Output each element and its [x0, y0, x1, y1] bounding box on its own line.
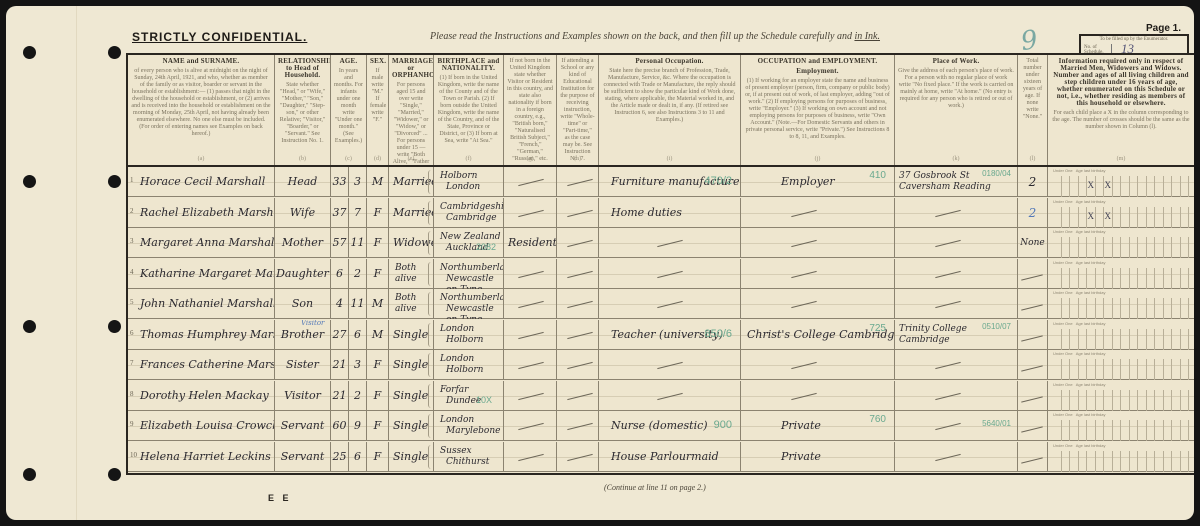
age-cell-under-one: [1053, 451, 1062, 472]
blank-dash: [1021, 335, 1043, 341]
age-cell-8: [1121, 298, 1130, 319]
blank-dash: [657, 362, 682, 369]
age-cell-13: [1164, 451, 1173, 472]
sex-value: M: [367, 167, 388, 197]
age-cell-7: [1113, 207, 1122, 228]
children-age-grid: Under One Age last birthday: [1053, 350, 1189, 380]
age-cell-8: [1121, 451, 1130, 472]
employment-value: Private: [741, 442, 894, 472]
relationship-annotation: Visitor: [301, 320, 324, 327]
fold-line: [76, 6, 77, 520]
cell-sex: F: [367, 381, 389, 411]
blank-dash: [567, 392, 592, 399]
age-cell-under-one: [1053, 359, 1062, 380]
age-cell-6: [1104, 451, 1113, 472]
age-cell-9: [1130, 268, 1139, 289]
blank-dash: [657, 240, 682, 247]
birthplace-value: ForfarDundee: [434, 381, 503, 407]
table-row: 6Thomas Humphrey MarshallBrotherVisitor2…: [128, 320, 1194, 350]
occupation-value: Home duties: [599, 198, 740, 228]
blank-dash: [791, 240, 816, 247]
cell-relationship: Servant: [275, 411, 331, 441]
age-cell-5: [1096, 237, 1105, 258]
age-cell-under-one: [1053, 420, 1062, 441]
cell-nationality: Resident: [504, 228, 557, 258]
blank-dash: [935, 301, 960, 308]
marriage-value: Both alive: [389, 259, 433, 285]
months-value: 11: [349, 228, 366, 258]
age-grid-labels: Under One Age last birthday: [1053, 260, 1106, 265]
cell-education: [557, 228, 599, 258]
years-value: 25: [331, 442, 348, 472]
age-cell-2: [1070, 298, 1079, 319]
age-grid-labels: Under One Age last birthday: [1053, 168, 1106, 173]
age-grid-labels: Under One Age last birthday: [1053, 321, 1106, 326]
sex-value: F: [367, 411, 388, 441]
blank-dash: [567, 270, 592, 277]
cell-nationality: [504, 259, 557, 289]
header-place-of-work: Place of Work.Give the address of each p…: [895, 55, 1018, 165]
age-cell-11: [1147, 329, 1156, 350]
birthplace-value: HolbornLondon: [434, 167, 503, 193]
age-cell-13: [1164, 420, 1173, 441]
age-cell-2: [1070, 207, 1079, 228]
relationship-value: Son: [275, 289, 330, 319]
occupation-code: 850/6: [704, 328, 732, 340]
age-cell-4: [1087, 268, 1096, 289]
age-cell-9: [1130, 451, 1139, 472]
header-employment: OCCUPATION and EMPLOYMENT. Employment.(1…: [741, 55, 895, 165]
punch-hole-icon: [108, 320, 121, 333]
cell-months: 2: [349, 381, 367, 411]
cell-children-total: [1018, 320, 1048, 350]
age-grid-labels: Under One Age last birthday: [1053, 229, 1106, 234]
age-cell-11: [1147, 359, 1156, 380]
line-number: 1: [130, 176, 134, 184]
blank-dash: [567, 362, 592, 369]
age-cell-10: [1138, 390, 1147, 411]
blank-dash: [935, 392, 960, 399]
age-cell-8: [1121, 390, 1130, 411]
relationship-value: Mother: [275, 228, 330, 258]
age-cell-6: [1104, 390, 1113, 411]
blank-dash: [657, 392, 682, 399]
age-cell-12: [1155, 420, 1164, 441]
cell-nationality: [504, 289, 557, 319]
age-cell-under-one: [1053, 298, 1062, 319]
age-cell-8: [1121, 329, 1130, 350]
age-cell-6: [1104, 329, 1113, 350]
age-cell-2: [1070, 451, 1079, 472]
age-cell-11: [1147, 451, 1156, 472]
cell-marriage: Single: [389, 350, 434, 380]
age-cell-1: [1062, 176, 1071, 197]
cell-birthplace: NorthumberlandNewcastle on Tyne: [434, 259, 504, 289]
punch-hole-icon: [23, 320, 36, 333]
cell-nationality: [504, 350, 557, 380]
table-row: 10Helena Harriet LeckinsServant256FSingl…: [128, 442, 1194, 472]
cell-birthplace: LondonHolborn: [434, 320, 504, 350]
age-cell-4: [1087, 420, 1096, 441]
relationship-value: Wife: [275, 198, 330, 228]
age-cell-1: [1062, 207, 1071, 228]
cell-education: [557, 320, 599, 350]
cell-marriage: Both alive: [389, 259, 434, 289]
cell-children-total: None: [1018, 228, 1048, 258]
age-cell-14: [1172, 359, 1181, 380]
age-cell-7: [1113, 237, 1122, 258]
age-cell-5: [1096, 329, 1105, 350]
relationship-value: Servant: [275, 411, 330, 441]
brace: [428, 384, 432, 408]
blank-dash: [935, 270, 960, 277]
cell-birthplace: ForfarDundee10X: [434, 381, 504, 411]
person-name: Dorothy Helen Mackay: [128, 381, 274, 411]
age-cell-1: [1062, 329, 1071, 350]
blank-dash: [567, 423, 592, 430]
age-grid-labels: Under One Age last birthday: [1053, 351, 1106, 356]
cell-years: 37: [331, 198, 349, 228]
years-value: 60: [331, 411, 348, 441]
person-name: Horace Cecil Marshall: [128, 167, 274, 197]
age-cell-15: [1181, 359, 1190, 380]
cell-education: [557, 167, 599, 197]
header-age: AGE.In years and months. For infants und…: [331, 55, 367, 165]
age-cell-8: [1121, 268, 1130, 289]
page-label: Page 1.: [1146, 23, 1181, 34]
cell-years: 33: [331, 167, 349, 197]
blank-dash: [518, 301, 543, 308]
age-cell-10: [1138, 298, 1147, 319]
age-cell-4: [1087, 329, 1096, 350]
age-cell-12: [1155, 451, 1164, 472]
header-occupation: Personal Occupation.State here the preci…: [599, 55, 741, 165]
age-cell-6: [1104, 237, 1113, 258]
age-cell-2: [1070, 420, 1079, 441]
cell-name: 8Dorothy Helen Mackay: [128, 381, 275, 411]
blank-dash: [567, 453, 592, 460]
sex-value: F: [367, 198, 388, 228]
marriage-value: Both alive: [389, 289, 433, 315]
cell-nationality: [504, 320, 557, 350]
cell-relationship: Son: [275, 289, 331, 319]
months-value: 11: [349, 289, 366, 319]
cell-occupation: [599, 289, 741, 319]
blank-dash: [791, 301, 816, 308]
cell-occupation: Home duties: [599, 198, 741, 228]
continue-note: (Continue at line 11 on page 2.): [604, 483, 706, 492]
years-value: 37: [331, 198, 348, 228]
age-cell-12: [1155, 268, 1164, 289]
marriage-value: Married: [389, 167, 433, 197]
sex-value: M: [367, 320, 388, 350]
cell-name: 7Frances Catherine Marshall: [128, 350, 275, 380]
blank-dash: [935, 423, 960, 430]
line-number: 10: [130, 451, 137, 459]
age-cell-1: [1062, 420, 1071, 441]
cell-children-total: 2: [1018, 198, 1048, 228]
employment-code: 725: [869, 323, 886, 334]
footer-code: E E: [268, 493, 292, 503]
blank-dash: [567, 331, 592, 338]
age-cell-5: [1096, 298, 1105, 319]
person-name: Katharine Margaret Marshall: [128, 259, 274, 289]
children-age-grid: Under One Age last birthday: [1053, 320, 1189, 350]
cell-workplace: 5640/01: [895, 411, 1018, 441]
line-number: 5: [130, 298, 134, 306]
age-cell-10: [1138, 237, 1147, 258]
table-row: 2Rachel Elizabeth MarshallWife377FMarrie…: [128, 198, 1194, 228]
person-name: Helena Harriet Leckins: [128, 442, 274, 472]
age-cell-9: [1130, 237, 1139, 258]
header-sex: SEX.If male write "M." If female write "…: [367, 55, 389, 165]
cell-years: 21: [331, 381, 349, 411]
age-cell-8: [1121, 176, 1130, 197]
age-cell-10: [1138, 268, 1147, 289]
cell-nationality: [504, 381, 557, 411]
blank-dash: [657, 270, 682, 277]
age-cell-8: [1121, 359, 1130, 380]
document-title: STRICTLY CONFIDENTIAL.: [132, 30, 307, 44]
header-children-ages: Information required only in respect of …: [1048, 55, 1194, 165]
age-cell-13: [1164, 359, 1173, 380]
sex-value: F: [367, 381, 388, 411]
age-cell-3: [1079, 390, 1088, 411]
table-row: 9Elizabeth Louisa CrowcherServant609FSin…: [128, 411, 1194, 441]
brace: [428, 353, 432, 377]
enumerator-heading: To be filled up by the Enumerator.: [1081, 37, 1187, 42]
age-cell-7: [1113, 451, 1122, 472]
age-cell-12: [1155, 298, 1164, 319]
cell-workplace: [895, 228, 1018, 258]
cell-sex: F: [367, 411, 389, 441]
age-cell-9: [1130, 359, 1139, 380]
months-value: 3: [349, 167, 366, 197]
brace: [428, 414, 432, 438]
cell-marriage: Both alive: [389, 289, 434, 319]
cell-education: [557, 442, 599, 472]
header-children-total: Total number under sixteen years of age.…: [1018, 55, 1048, 165]
cell-name: 9Elizabeth Louisa Crowcher: [128, 411, 275, 441]
sex-value: F: [367, 350, 388, 380]
cell-employment: [741, 381, 895, 411]
birthplace-value: LondonHolborn: [434, 320, 503, 346]
cell-name: 1Horace Cecil Marshall: [128, 167, 275, 197]
age-cell-11: [1147, 390, 1156, 411]
header-relationship: RELATIONSHIP to Head of Household.State …: [275, 55, 331, 165]
brace: [428, 292, 432, 316]
cell-children-total: [1018, 259, 1048, 289]
blank-dash: [1021, 426, 1043, 432]
cell-workplace: [895, 381, 1018, 411]
years-value: 33: [331, 167, 348, 197]
header-birthplace: BIRTHPLACE and NATIONALITY.(1) If born i…: [434, 55, 504, 165]
cell-sex: F: [367, 442, 389, 472]
occupation-code: 900: [714, 419, 732, 431]
age-cell-2: [1070, 329, 1079, 350]
age-cell-7: [1113, 176, 1122, 197]
months-value: 2: [349, 381, 366, 411]
cell-education: [557, 411, 599, 441]
age-cell-10: [1138, 451, 1147, 472]
cell-birthplace: LondonMarylebone: [434, 411, 504, 441]
cell-months: 6: [349, 442, 367, 472]
occupation-code: 470/2: [704, 175, 732, 187]
age-cell-4: X: [1087, 176, 1096, 197]
cell-nationality: [504, 442, 557, 472]
cell-employment: [741, 259, 895, 289]
cell-name: 3Margaret Anna Marshall: [128, 228, 275, 258]
relationship-value: Visitor: [275, 381, 330, 411]
cell-months: 7: [349, 198, 367, 228]
children-total-value: 2: [1018, 198, 1047, 228]
table-row: 3Margaret Anna MarshallMother5711FWidowe…: [128, 228, 1194, 258]
cell-name: 2Rachel Elizabeth Marshall: [128, 198, 275, 228]
cell-occupation: House Parlourmaid: [599, 442, 741, 472]
years-value: 27: [331, 320, 348, 350]
cell-employment: Private760: [741, 411, 895, 441]
employment-code: 410: [869, 170, 886, 181]
children-age-grid: Under One Age last birthdayXX: [1053, 167, 1189, 197]
brace: [428, 170, 432, 194]
months-value: 7: [349, 198, 366, 228]
age-cell-7: [1113, 390, 1122, 411]
cell-education: [557, 259, 599, 289]
relationship-value: Head: [275, 167, 330, 197]
age-cell-14: [1172, 420, 1181, 441]
age-cell-14: [1172, 268, 1181, 289]
age-cell-3: [1079, 207, 1088, 228]
years-value: 57: [331, 228, 348, 258]
blank-dash: [567, 209, 592, 216]
marriage-value: Widowed: [389, 228, 433, 258]
cell-months: 2: [349, 259, 367, 289]
birthplace-value: NorthumberlandNewcastle on Tyne: [434, 259, 503, 289]
birthplace-value: SussexChithurst: [434, 442, 503, 468]
age-cell-11: [1147, 420, 1156, 441]
age-cell-4: [1087, 390, 1096, 411]
blank-dash: [518, 179, 543, 186]
age-cell-3: [1079, 451, 1088, 472]
age-cell-10: [1138, 420, 1147, 441]
years-value: 21: [331, 350, 348, 380]
cell-marriage: Single: [389, 442, 434, 472]
employment-code: 760: [869, 414, 886, 425]
cell-occupation: [599, 259, 741, 289]
blank-dash: [518, 453, 543, 460]
age-cell-5: [1096, 359, 1105, 380]
cell-name: 5John Nathaniel Marshall: [128, 289, 275, 319]
sex-value: F: [367, 228, 388, 258]
cell-employment: [741, 228, 895, 258]
cell-children-total: 2: [1018, 167, 1048, 197]
blank-dash: [518, 209, 543, 216]
cell-birthplace: LondonHolborn: [434, 350, 504, 380]
cell-education: [557, 198, 599, 228]
age-cell-14: [1172, 298, 1181, 319]
cell-years: 57: [331, 228, 349, 258]
years-value: 6: [331, 259, 348, 289]
children-age-grid: Under One Age last birthday: [1053, 442, 1189, 472]
line-number: 7: [130, 359, 134, 367]
age-cell-3: [1079, 237, 1088, 258]
age-cell-11: [1147, 298, 1156, 319]
cell-marriage: Married: [389, 198, 434, 228]
children-total-value: 2: [1018, 167, 1047, 197]
age-cell-15: [1181, 390, 1190, 411]
cell-marriage: Married: [389, 167, 434, 197]
blank-dash: [518, 270, 543, 277]
children-age-grid: Under One Age last birthday: [1053, 259, 1189, 289]
age-cell-15: [1181, 268, 1190, 289]
age-cell-8: [1121, 207, 1130, 228]
age-cell-13: [1164, 268, 1173, 289]
age-cell-5: [1096, 207, 1105, 228]
blank-dash: [935, 362, 960, 369]
cell-employment: [741, 289, 895, 319]
punch-hole-icon: [23, 175, 36, 188]
cell-education: [557, 350, 599, 380]
brace: [428, 262, 432, 286]
cell-relationship: Daughter: [275, 259, 331, 289]
birthplace-value: CambridgeshireCambridge: [434, 198, 503, 224]
cell-workplace: [895, 259, 1018, 289]
cell-months: 3: [349, 350, 367, 380]
cell-birthplace: HolbornLondon: [434, 167, 504, 197]
cell-employment: Employer410: [741, 167, 895, 197]
workplace-code: 0180/04: [982, 169, 1011, 178]
table-row: 4Katharine Margaret MarshallDaughter62FB…: [128, 259, 1194, 289]
age-cell-5: [1096, 451, 1105, 472]
age-cell-7: [1113, 420, 1122, 441]
cell-marriage: Single: [389, 381, 434, 411]
cell-occupation: [599, 228, 741, 258]
children-age-grid: Under One Age last birthday: [1053, 228, 1189, 258]
table-row: 1Horace Cecil MarshallHead333MMarriedHol…: [128, 167, 1194, 197]
cell-children-total: [1018, 442, 1048, 472]
workplace-code: 5640/01: [982, 419, 1011, 428]
cell-employment: Private: [741, 442, 895, 472]
age-cell-2: [1070, 359, 1079, 380]
age-cell-9: [1130, 176, 1139, 197]
age-cell-3: [1079, 420, 1088, 441]
age-cell-3: [1079, 329, 1088, 350]
age-cell-6: X: [1104, 207, 1113, 228]
age-cell-12: [1155, 359, 1164, 380]
workplace-code: 0510/07: [982, 322, 1011, 331]
age-cell-14: [1172, 329, 1181, 350]
blank-dash: [1021, 365, 1043, 371]
age-cell-3: [1079, 176, 1088, 197]
header-nationality: If not born in the United Kingdom state …: [504, 55, 557, 165]
cell-sex: M: [367, 320, 389, 350]
relationship-value: Daughter: [275, 259, 330, 289]
blank-dash: [791, 270, 816, 277]
cell-children-total: [1018, 289, 1048, 319]
cell-years: 25: [331, 442, 349, 472]
age-cell-5: [1096, 420, 1105, 441]
age-cell-13: [1164, 298, 1173, 319]
age-cell-10: [1138, 359, 1147, 380]
cell-education: [557, 289, 599, 319]
cell-sex: F: [367, 198, 389, 228]
age-cell-13: [1164, 237, 1173, 258]
age-cell-6: [1104, 359, 1113, 380]
marriage-value: Single: [389, 411, 433, 441]
cell-relationship: Wife: [275, 198, 331, 228]
cell-children-total: [1018, 350, 1048, 380]
age-cell-6: X: [1104, 176, 1113, 197]
